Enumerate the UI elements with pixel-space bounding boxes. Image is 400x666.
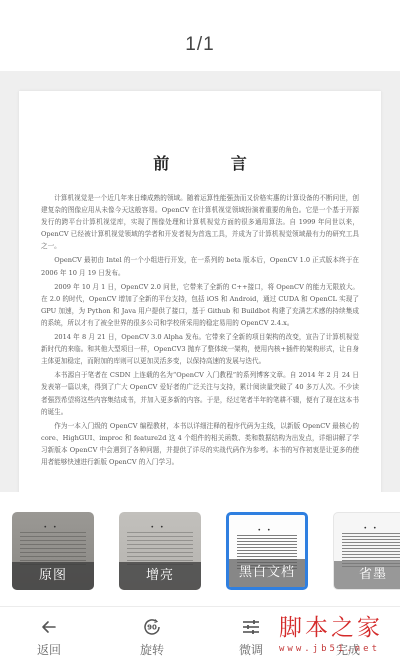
sliders-icon	[241, 617, 261, 637]
bottom-toolbar: 返回 90 旋转 微调 完成	[0, 607, 400, 666]
document-title: 前 言	[41, 151, 359, 174]
rotate-label: 旋转	[122, 641, 182, 658]
back-button[interactable]: 返回	[19, 617, 79, 658]
document-paragraph: 作为一本入门级的 OpenCV 编程教材，本书以详细注释的程序代码为主线，以新版…	[41, 420, 359, 468]
adjust-button[interactable]: 微调	[221, 617, 281, 658]
mini-title: ••	[363, 525, 382, 532]
done-label: 完成	[318, 641, 378, 658]
filter-bw-document[interactable]: •• 黑白文档	[226, 512, 308, 590]
filter-ink-saving[interactable]: •• 省墨	[333, 512, 400, 590]
document-preview[interactable]: 前 言 计算机视觉是一个近几年来日臻成熟的领域。随着运算性能强劲而又价格实惠的计…	[0, 71, 400, 492]
done-button[interactable]: 完成	[318, 617, 378, 658]
document-paragraph: 计算机视觉是一个近几年来日臻成熟的领域。随着运算性能强劲而又价格实惠的计算设备的…	[41, 192, 359, 252]
mini-title: ••	[257, 527, 276, 534]
back-label: 返回	[19, 641, 79, 658]
rotate-button[interactable]: 90 旋转	[122, 617, 182, 658]
rotate-90-icon: 90	[142, 617, 162, 637]
filter-label: 黑白文档	[229, 559, 305, 587]
mini-title: ••	[150, 524, 169, 531]
document-paragraph: 2009 年 10 月 1 日，OpenCV 2.0 问世，它带来了全新的 C+…	[41, 281, 359, 329]
done-icon-space	[318, 617, 378, 637]
arrow-left-icon	[39, 617, 59, 637]
adjust-label: 微调	[221, 641, 281, 658]
page-counter: 1/1	[0, 34, 400, 56]
scanned-page: 前 言 计算机视觉是一个近几年来日臻成熟的领域。随着运算性能强劲而又价格实惠的计…	[19, 91, 381, 492]
filter-enhance[interactable]: •• 增亮	[119, 512, 201, 590]
top-bar: 1/1	[0, 0, 400, 71]
document-body: 计算机视觉是一个近几年来日臻成熟的领域。随着运算性能强劲而又价格实惠的计算设备的…	[41, 192, 359, 468]
filter-label: 增亮	[119, 562, 201, 590]
document-paragraph: 2014 年 8 月 21 日，OpenCV 3.0 Alpha 发布。它带来了…	[41, 331, 359, 367]
svg-text:90: 90	[147, 624, 157, 632]
document-paragraph: 本书源自于笔者在 CSDN 上连载的名为“OpenCV 入门教程”的系列博客文章…	[41, 369, 359, 417]
document-paragraph: OpenCV 最初由 Intel 的一个小组进行开发，在一系列的 beta 版本…	[41, 254, 359, 278]
filter-original[interactable]: •• 原图	[12, 512, 94, 590]
filter-label: 省墨	[334, 561, 400, 589]
mini-title: ••	[43, 524, 62, 531]
filter-label: 原图	[12, 562, 94, 590]
filter-panel: •• 原图 •• 增亮 •• 黑白文档 •• 省墨	[0, 492, 400, 606]
